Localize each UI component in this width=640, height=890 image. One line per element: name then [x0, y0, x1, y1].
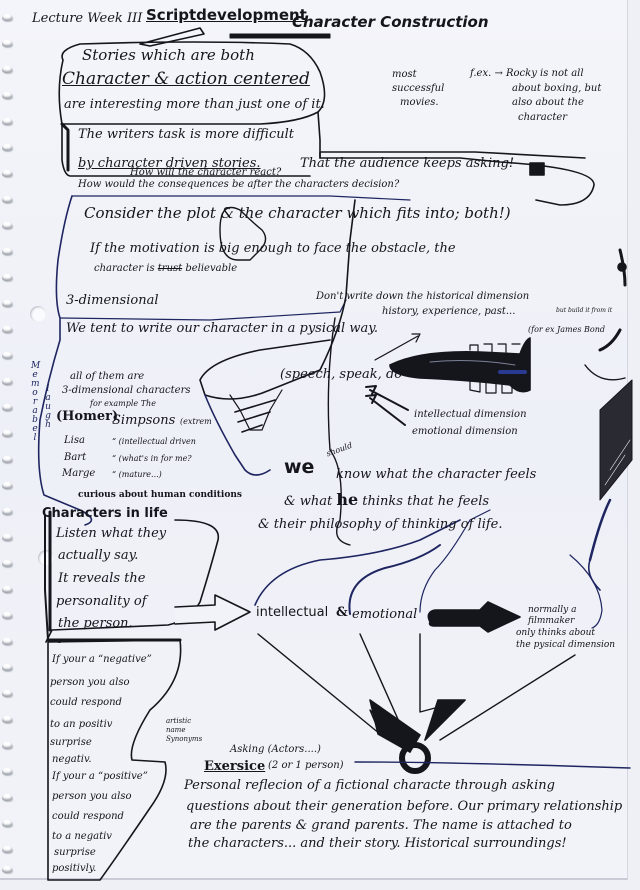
intro-line-4: The writers task is more difficult — [78, 128, 294, 141]
note-rocky-1: f.ex. → Rocky is not all — [470, 69, 584, 79]
cil-line-5: the person. — [58, 617, 133, 630]
exercise-paren: (2 or 1 person) — [268, 761, 344, 771]
exercise-line-3: are the parents & grand parents. The nam… — [190, 819, 572, 832]
intro-line-3: are interesting more than just one of it… — [64, 98, 325, 111]
asking-actors-label: Asking (Actors....) — [230, 745, 321, 755]
bond-note: (for ex James Bond — [528, 326, 605, 334]
we-know-line-1: know what the character feels — [336, 468, 536, 481]
audience-line-2: How will the character react? — [130, 168, 281, 178]
filmmaker-line-1: normally a — [528, 606, 577, 615]
cil-line-3: It reveals the — [58, 572, 145, 585]
neg-line-10: to a negativ — [52, 832, 112, 842]
vertical-memorabel: Memorabel — [31, 362, 39, 443]
marge-name: Marge — [62, 469, 95, 479]
simpsons-label: Simpsons — [112, 414, 175, 427]
neg-line-1: If your a “negative” — [52, 655, 152, 665]
homer-label: (Homer) — [56, 410, 118, 423]
neg-line-2: person you also — [50, 678, 129, 688]
cil-line-2: actually say. — [58, 549, 138, 562]
cil-line-1: Listen what they — [56, 527, 166, 540]
exercise-line-4: the characters... and their story. Histo… — [188, 837, 567, 850]
filmmaker-line-4: the pysical dimension — [516, 641, 615, 650]
filmmaker-line-2: filmmaker — [528, 617, 574, 626]
exercise-title: Exersice — [204, 760, 265, 773]
note-rocky-4: character — [518, 113, 567, 123]
neg-line-3: could respond — [50, 698, 122, 708]
exercise-line-1: Personal reflecion of a fictional charac… — [184, 779, 555, 792]
lisa-value: “ (intellectual driven — [112, 438, 196, 446]
audience-line-1: That the audience keeps asking! — [300, 157, 514, 170]
neg-line-7: If your a “positive” — [52, 772, 148, 782]
note-most-successful-1: most — [392, 70, 417, 80]
plot-line-1: Consider the plot & the character which … — [84, 206, 511, 221]
exercise-line-2: questions about their generation before.… — [186, 800, 622, 813]
plot-line-2: If the motivation is big enough to face … — [90, 242, 456, 255]
neg-line-8: person you also — [52, 792, 131, 802]
plot-line-3: character is trust believable — [94, 264, 237, 274]
emotional-dimension-label: emotional dimension — [412, 427, 518, 437]
speech-label: (speech, speak, do — [280, 368, 402, 381]
note-rocky-2: about boxing, but — [512, 84, 601, 94]
vertical-laugh: laugh — [44, 385, 52, 430]
note-most-successful-2: successful — [392, 84, 444, 94]
memorable-line-2: 3-dimensional characters — [62, 386, 191, 396]
page-subtitle: Character Construction — [292, 15, 489, 30]
neg-line-5: surprise — [50, 738, 92, 748]
note-rocky-3: also about the — [512, 98, 584, 108]
characters-in-life-title: Characters in life — [42, 507, 168, 520]
lisa-name: Lisa — [64, 436, 85, 446]
memorable-line-3: for example The — [90, 400, 156, 408]
build-note: but build it from it — [556, 308, 612, 314]
tend-line: We tent to write our character in a pysi… — [66, 322, 378, 335]
intro-line-2: Character & action centered — [62, 71, 310, 88]
filmmaker-line-3: only thinks about — [516, 629, 595, 638]
artistic-line-1: artistic — [166, 718, 191, 725]
intellectual-dimension-label: intellectual dimension — [414, 410, 527, 420]
bart-name: Bart — [64, 453, 86, 463]
we-know-line-2: & what he thinks that he feels — [284, 492, 489, 508]
dont-write-note: Don't write down the historical dimensio… — [316, 292, 529, 302]
history-note: history, experience, past... — [382, 307, 515, 317]
extreme-label: (extrem — [180, 418, 212, 426]
page-title: Scriptdevelopment — [146, 8, 307, 23]
lecture-week-label: Lecture Week III — [32, 12, 142, 25]
marge-value: “ (mature...) — [112, 471, 162, 479]
neg-line-11: surprise — [54, 848, 96, 858]
emotional-label: emotional — [352, 608, 417, 621]
note-most-successful-3: movies. — [400, 98, 439, 108]
three-dimensional-label: 3-dimensional — [66, 294, 158, 307]
artistic-line-3: Synonyms — [166, 736, 202, 743]
cil-line-4: personality of — [56, 595, 147, 608]
we-label: we — [284, 458, 314, 477]
intro-line-1: Stories which are both — [82, 48, 255, 63]
artistic-line-2: name — [166, 727, 185, 734]
curious-label: curious about human conditions — [78, 491, 242, 500]
neg-line-12: positivly. — [52, 864, 96, 874]
audience-line-3: How would the consequences be after the … — [78, 180, 399, 190]
neg-line-4: to an positiv — [50, 720, 112, 730]
neg-line-9: could respond — [52, 812, 124, 822]
memorable-line-1: all of them are — [70, 372, 144, 382]
intellectual-label: intellectual — [256, 606, 328, 619]
neg-line-6: negativ. — [52, 755, 92, 765]
bart-value: “ (what's in for me? — [112, 455, 192, 463]
we-know-line-3: & their philosophy of thinking of life. — [258, 518, 503, 531]
ampersand: & — [336, 606, 348, 619]
